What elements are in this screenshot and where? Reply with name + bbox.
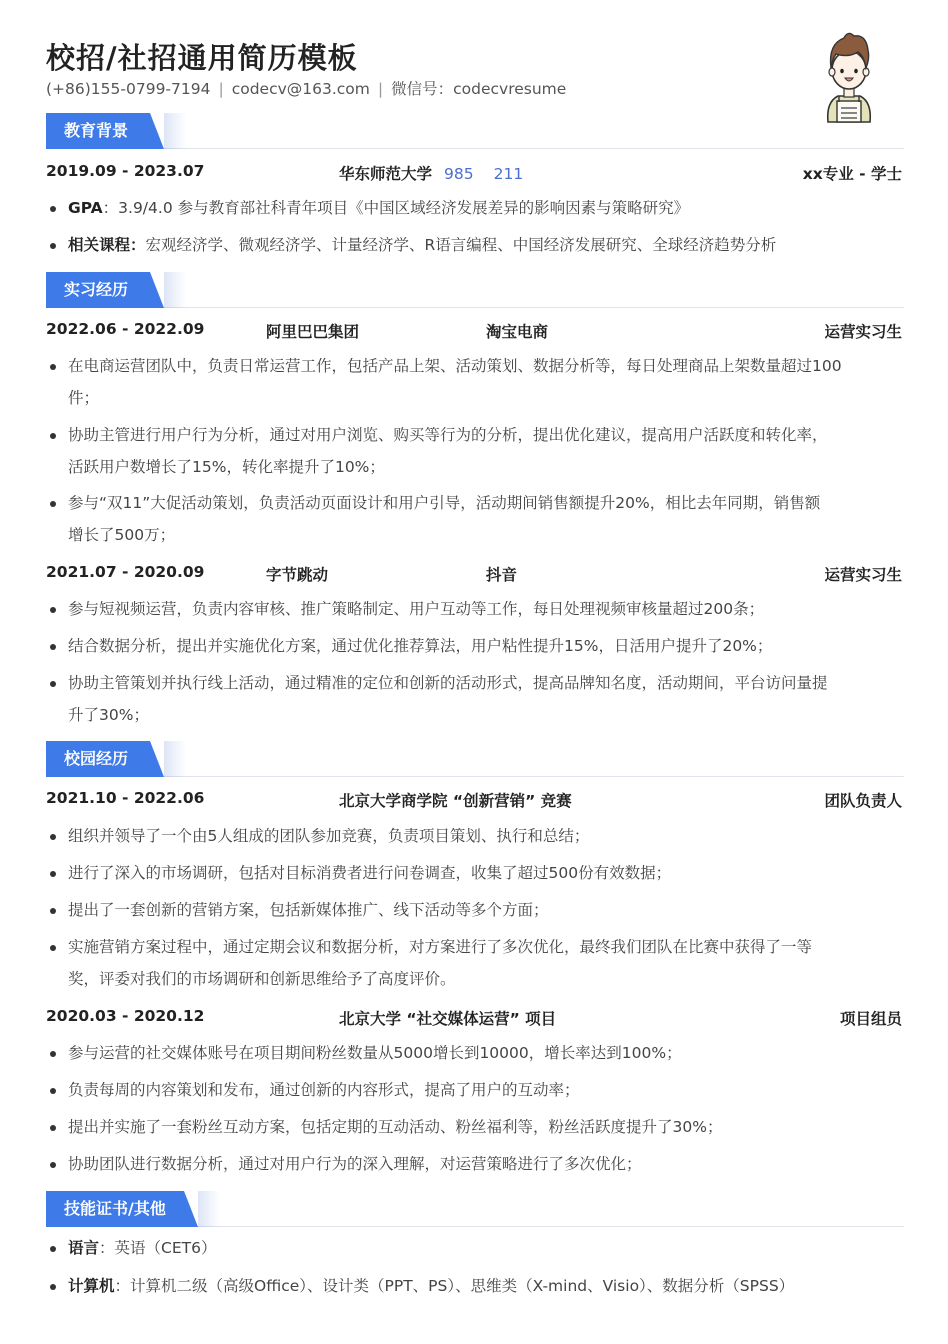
- item-text: 结合数据分析，提出并实施优化方案，通过优化推荐算法，用户粘性提升15%，日活用户…: [50, 630, 902, 662]
- bullet-dot: [50, 607, 56, 613]
- list-item: 提出并实施了一套粉丝互动方案，包括定期的互动活动、粉丝福利等，粉丝活跃度提升了3…: [50, 1111, 902, 1143]
- resume-page: 校招/社招通用简历模板 (+86)155-0799-7194|codecv@16…: [0, 0, 948, 1344]
- school-label: 华东师范大学: [339, 165, 432, 183]
- tab-shadow: [164, 272, 186, 308]
- item-text-cont: 增长了500万；: [68, 526, 175, 544]
- section-title: 技能证书/其他: [46, 1191, 198, 1227]
- tab-shadow: [164, 741, 186, 777]
- school-name: 华东师范大学985211: [339, 162, 523, 184]
- item-text-cont: 奖，评委对我们的市场调研和创新思维给予了高度评价。: [68, 970, 456, 988]
- list-item: 协助团队进行数据分析，通过对用户行为的深入理解，对运营策略进行了多次优化；: [50, 1148, 902, 1180]
- phone: (+86)155-0799-7194: [46, 80, 210, 98]
- item-text-cont: 升了30%；: [68, 706, 149, 724]
- bullet-dot: [50, 206, 56, 212]
- bullet-dot: [50, 364, 56, 370]
- section-header-education: 教育背景: [46, 113, 904, 149]
- bullet-dot: [50, 243, 56, 249]
- item-text: ：英语（CET6）: [99, 1239, 216, 1257]
- item-label: 语言: [68, 1239, 99, 1257]
- section-header-skills: 技能证书/其他: [46, 1191, 904, 1227]
- item-text-cont: 活跃用户数增长了15%，转化率提升了10%；: [68, 458, 385, 476]
- bullet-dot: [50, 1246, 56, 1252]
- tab-shadow: [164, 113, 186, 149]
- list-item: 语言：英语（CET6）: [50, 1232, 902, 1264]
- bullet-dot: [50, 681, 56, 687]
- contact-line: (+86)155-0799-7194|codecv@163.com|微信号：co…: [46, 77, 566, 99]
- list-item: 参与运营的社交媒体账号在项目期间粉丝数量从5000增长到10000，增长率达到1…: [50, 1037, 902, 1069]
- list-item: 负责每周的内容策划和发布，通过创新的内容形式，提高了用户的互动率；: [50, 1074, 902, 1106]
- bullet-dot: [50, 1284, 56, 1290]
- date-range: 2020.03 - 2020.12: [46, 1007, 204, 1025]
- section-title: 校园经历: [46, 741, 164, 777]
- bullet-dot: [50, 1088, 56, 1094]
- email: codecv@163.com: [232, 80, 370, 98]
- item-text: 协助团队进行数据分析，通过对用户行为的深入理解，对运营策略进行了多次优化；: [50, 1148, 902, 1180]
- item-label: GPA: [68, 199, 103, 217]
- list-item: 相关课程：宏观经济学、微观经济学、计量经济学、R语言编程、中国经济发展研究、全球…: [50, 229, 902, 261]
- list-item: 在电商运营团队中，负责日常运营工作，包括产品上架、活动策划、数据分析等，每日处理…: [50, 350, 902, 414]
- company-name: 阿里巴巴集团: [266, 320, 359, 342]
- experience-row: 2020.03 - 2020.12 北京大学 “社交媒体运营” 项目 项目组员: [46, 1007, 902, 1029]
- bullet-dot: [50, 644, 56, 650]
- item-text: 协助主管策划并执行线上活动，通过精准的定位和创新的活动形式，提高品牌知名度，活动…: [68, 674, 828, 692]
- item-text: 参与“双11”大促活动策划，负责活动页面设计和用户引导，活动期间销售额提升20%…: [68, 494, 820, 512]
- date-range: 2021.07 - 2020.09: [46, 563, 204, 581]
- item-text: 进行了深入的市场调研，包括对目标消费者进行问卷调查，收集了超过500份有效数据；: [50, 857, 902, 889]
- list-item: 提出了一套创新的营销方案，包括新媒体推广、线下活动等多个方面；: [50, 894, 902, 926]
- degree: xx专业 - 学士: [803, 162, 902, 184]
- section-header-internship: 实习经历: [46, 272, 904, 308]
- bullet-dot: [50, 1051, 56, 1057]
- section-header-campus: 校园经历: [46, 741, 904, 777]
- item-text: 实施营销方案过程中，通过定期会议和数据分析，对方案进行了多次优化，最终我们团队在…: [68, 938, 812, 956]
- item-text: 负责每周的内容策划和发布，通过创新的内容形式，提高了用户的互动率；: [50, 1074, 902, 1106]
- bullet-dot: [50, 908, 56, 914]
- date-range: 2022.06 - 2022.09: [46, 320, 204, 338]
- department-name: 淘宝电商: [486, 320, 548, 342]
- list-item: 进行了深入的市场调研，包括对目标消费者进行问卷调查，收集了超过500份有效数据；: [50, 857, 902, 889]
- education-row: 2019.09 - 2023.07 华东师范大学985211 xx专业 - 学士: [46, 162, 902, 184]
- list-item: 实施营销方案过程中，通过定期会议和数据分析，对方案进行了多次优化，最终我们团队在…: [50, 931, 902, 995]
- role: 运营实习生: [824, 320, 902, 342]
- experience-row: 2021.10 - 2022.06 北京大学商学院 “创新营销” 竞赛 团队负责…: [46, 789, 902, 811]
- item-text: ：3.9/4.0 参与教育部社科青年项目《中国区域经济发展差异的影响因素与策略研…: [103, 199, 689, 217]
- date-range: 2021.10 - 2022.06: [46, 789, 204, 807]
- experience-row: 2022.06 - 2022.09 阿里巴巴集团 淘宝电商 运营实习生: [46, 320, 902, 342]
- list-item: 参与“双11”大促活动策划，负责活动页面设计和用户引导，活动期间销售额提升20%…: [50, 487, 902, 551]
- role: 项目组员: [840, 1007, 902, 1029]
- bullet-dot: [50, 945, 56, 951]
- item-text: 宏观经济学、微观经济学、计量经济学、R语言编程、中国经济发展研究、全球经济趋势分…: [146, 236, 777, 254]
- list-item: 计算机：计算机二级（高级Office）、设计类（PPT、PS）、思维类（X-mi…: [50, 1270, 902, 1302]
- section-title: 教育背景: [46, 113, 164, 149]
- wechat: 微信号：codecvresume: [391, 80, 566, 98]
- list-item: 协助主管策划并执行线上活动，通过精准的定位和创新的活动形式，提高品牌知名度，活动…: [50, 667, 902, 731]
- separator: |: [218, 80, 223, 98]
- department-name: 抖音: [486, 563, 517, 585]
- project-title: 北京大学商学院 “创新营销” 竞赛: [339, 789, 572, 811]
- item-text: 协助主管进行用户行为分析，通过对用户浏览、购买等行为的分析，提出优化建议，提高用…: [68, 426, 828, 444]
- bullet-dot: [50, 871, 56, 877]
- tag-211: 211: [494, 165, 524, 183]
- bullet-dot: [50, 1162, 56, 1168]
- list-item: 协助主管进行用户行为分析，通过对用户浏览、购买等行为的分析，提出优化建议，提高用…: [50, 419, 902, 483]
- item-text: ：计算机二级（高级Office）、设计类（PPT、PS）、思维类（X-mind、…: [115, 1277, 795, 1295]
- item-text: 在电商运营团队中，负责日常运营工作，包括产品上架、活动策划、数据分析等，每日处理…: [68, 357, 842, 375]
- company-name: 字节跳动: [266, 563, 328, 585]
- item-text: 提出了一套创新的营销方案，包括新媒体推广、线下活动等多个方面；: [50, 894, 902, 926]
- separator: |: [378, 80, 383, 98]
- list-item: GPA：3.9/4.0 参与教育部社科青年项目《中国区域经济发展差异的影响因素与…: [50, 192, 902, 224]
- tag-985: 985: [444, 165, 474, 183]
- list-item: 组织并领导了一个由5人组成的团队参加竞赛，负责项目策划、执行和总结；: [50, 820, 902, 852]
- date-range: 2019.09 - 2023.07: [46, 162, 204, 180]
- experience-row: 2021.07 - 2020.09 字节跳动 抖音 运营实习生: [46, 563, 902, 585]
- role: 团队负责人: [824, 789, 902, 811]
- bullet-dot: [50, 834, 56, 840]
- bullet-dot: [50, 433, 56, 439]
- item-text: 参与运营的社交媒体账号在项目期间粉丝数量从5000增长到10000，增长率达到1…: [50, 1037, 902, 1069]
- item-text: 组织并领导了一个由5人组成的团队参加竞赛，负责项目策划、执行和总结；: [50, 820, 902, 852]
- item-text: 提出并实施了一套粉丝互动方案，包括定期的互动活动、粉丝福利等，粉丝活跃度提升了3…: [50, 1111, 902, 1143]
- project-title: 北京大学 “社交媒体运营” 项目: [339, 1007, 556, 1029]
- tab-shadow: [198, 1191, 220, 1227]
- bullet-dot: [50, 1125, 56, 1131]
- resume-title: 校招/社招通用简历模板: [46, 36, 358, 77]
- section-title: 实习经历: [46, 272, 164, 308]
- item-label: 相关课程：: [68, 236, 146, 254]
- item-label: 计算机: [68, 1277, 115, 1295]
- bullet-dot: [50, 501, 56, 507]
- item-text: 参与短视频运营，负责内容审核、推广策略制定、用户互动等工作，每日处理视频审核量超…: [50, 593, 902, 625]
- item-text-cont: 件；: [68, 389, 99, 407]
- list-item: 结合数据分析，提出并实施优化方案，通过优化推荐算法，用户粘性提升15%，日活用户…: [50, 630, 902, 662]
- role: 运营实习生: [824, 563, 902, 585]
- list-item: 参与短视频运营，负责内容审核、推广策略制定、用户互动等工作，每日处理视频审核量超…: [50, 593, 902, 625]
